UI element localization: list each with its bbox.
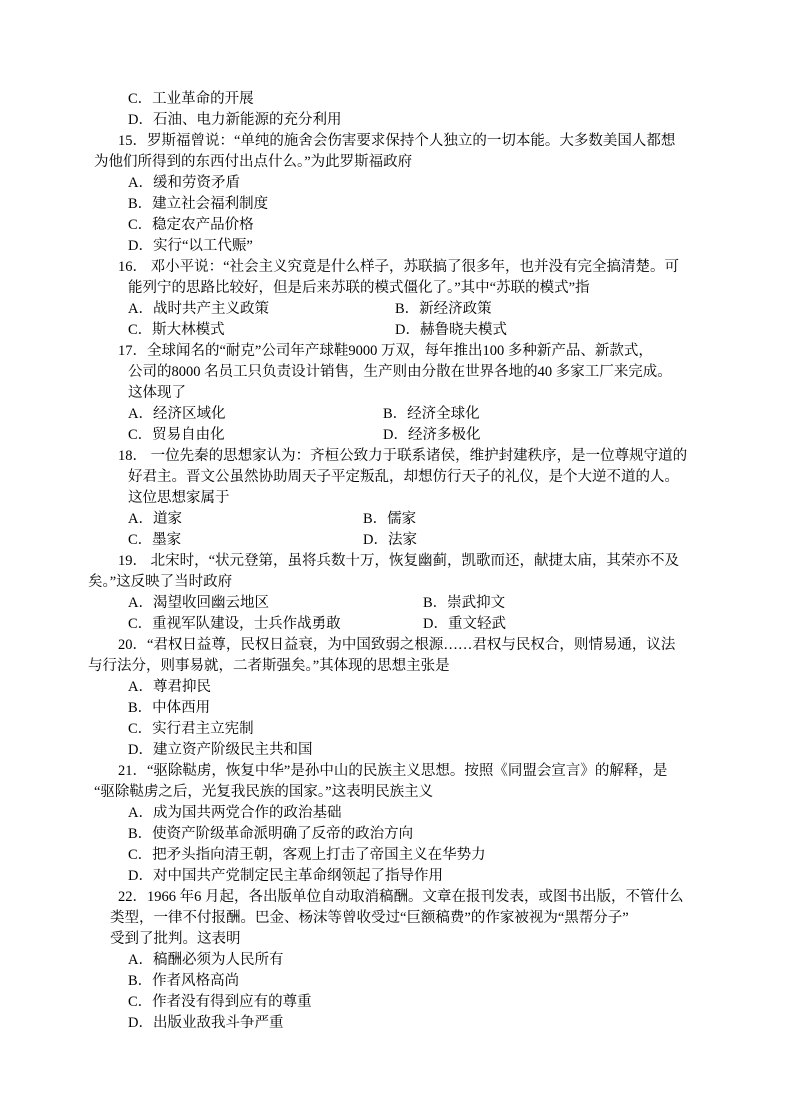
q18-stem-line: 18． 一位先秦的思想家认为：齐桓公致力于联系诸侯，维护封建秩序，是一位尊规守道…: [88, 446, 760, 467]
q22-option-d: D．出版业敌我斗争严重: [88, 1013, 760, 1034]
q21-option-b: B．使资产阶级革命派明确了反帝的政治方向: [88, 824, 760, 845]
q17-option-a: A．经济区域化: [128, 404, 383, 425]
q19-option-row: A．渴望收回幽云地区 B．崇武抑文: [88, 593, 760, 614]
q17-option-row: C．贸易自由化 D．经济多极化: [88, 425, 760, 446]
q14-option-d: D．石油、电力新能源的充分利用: [88, 110, 760, 131]
q18-option-b: B．儒家: [363, 509, 416, 530]
q15-option-c: C．稳定农产品价格: [88, 215, 760, 236]
q17-option-row: A．经济区域化 B．经济全球化: [88, 404, 760, 425]
q19-stem-line: 矣。”这反映了当时政府: [88, 572, 760, 593]
q17-option-c: C．贸易自由化: [128, 425, 383, 446]
q16-option-d: D．赫鲁晓夫模式: [395, 320, 507, 341]
q16-stem-line: 能列宁的思路比较好，但是后来苏联的模式僵化了。”其中“苏联的模式”指: [88, 278, 760, 299]
q16-option-row: A．战时共产主义政策 B．新经济政策: [88, 299, 760, 320]
q16-option-a: A．战时共产主义政策: [128, 299, 395, 320]
q19-option-d: D．重文轻武: [423, 614, 506, 635]
q18-option-row: C．墨家 D．法家: [88, 530, 760, 551]
q22-option-a: A．稿酬必须为人民所有: [88, 950, 760, 971]
q21-stem-line: 21．“驱除鞑虏，恢复中华”是孙中山的民族主义思想。按照《同盟会宣言》的解释，是: [88, 761, 760, 782]
q19-option-a: A．渴望收回幽云地区: [128, 593, 423, 614]
q16-stem-line: 16． 邓小平说：“社会主义究竟是什么样子，苏联搞了很多年，也并没有完全搞清楚。…: [88, 257, 760, 278]
q15-option-d: D．实行“以工代赈”: [88, 236, 760, 257]
q21-stem-line: “驱除鞑虏之后，光复我民族的国家。”这表明民族主义: [88, 782, 760, 803]
q17-stem-line: 公司的8000 名员工只负责设计销售，生产则由分散在世界各地的40 多家工厂来完…: [88, 362, 760, 383]
q20-option-d: D．建立资产阶级民主共和国: [88, 740, 760, 761]
q17-option-b: B．经济全球化: [383, 404, 480, 425]
q22-stem-line: 类型，一律不付报酬。巴金、杨沫等曾收受过“巨额稿费”的作家被视为“黑帮分子”: [88, 908, 760, 929]
q19-option-b: B．崇武抑文: [423, 593, 505, 614]
q20-stem-line: 与行法分，则事易就，二者斯强矣。”其体现的思想主张是: [88, 656, 760, 677]
q21-option-d: D．对中国共产党制定民主革命纲领起了指导作用: [88, 866, 760, 887]
q21-option-c: C．把矛头指向清王朝，客观上打击了帝国主义在华势力: [88, 845, 760, 866]
q18-stem-line: 这位思想家属于: [88, 488, 760, 509]
q21-option-a: A．成为国共两党合作的政治基础: [88, 803, 760, 824]
question-18: 18． 一位先秦的思想家认为：齐桓公致力于联系诸侯，维护封建秩序，是一位尊规守道…: [88, 446, 760, 551]
q14-option-c: C．工业革命的开展: [88, 89, 760, 110]
q15-option-a: A．缓和劳资矛盾: [88, 173, 760, 194]
question-21: 21．“驱除鞑虏，恢复中华”是孙中山的民族主义思想。按照《同盟会宣言》的解释，是…: [88, 761, 760, 887]
q18-option-row: A．道家 B．儒家: [88, 509, 760, 530]
exam-document: C．工业革命的开展 D．石油、电力新能源的充分利用 15．罗斯福曾说：“单纯的施…: [0, 0, 790, 1034]
q22-stem-line: 22．1966 年6 月起，各出版单位自动取消稿酬。文章在报刊发表，或图书出版，…: [88, 887, 760, 908]
q17-stem-line: 这体现了: [88, 383, 760, 404]
q19-option-row: C．重视军队建设，士兵作战勇敢 D．重文轻武: [88, 614, 760, 635]
q20-stem-line: 20．“君权日益尊，民权日益衰，为中国致弱之根源……君权与民权合，则情易通，议法: [88, 635, 760, 656]
question-19: 19． 北宋时，“状元登第，虽将兵数十万，恢复幽蓟，凯歌而还，献捷太庙，其荣亦不…: [88, 551, 760, 635]
q18-option-d: D．法家: [363, 530, 417, 551]
q15-stem-line: 15．罗斯福曾说：“单纯的施舍会伤害要求保持个人独立的一切本能。大多数美国人都想: [88, 131, 760, 152]
q16-option-row: C．斯大林模式 D．赫鲁晓夫模式: [88, 320, 760, 341]
q16-option-b: B．新经济政策: [395, 299, 492, 320]
question-20: 20．“君权日益尊，民权日益衰，为中国致弱之根源……君权与民权合，则情易通，议法…: [88, 635, 760, 761]
q20-option-c: C．实行君主立宪制: [88, 719, 760, 740]
question-22: 22．1966 年6 月起，各出版单位自动取消稿酬。文章在报刊发表，或图书出版，…: [88, 887, 760, 1034]
q19-option-c: C．重视军队建设，士兵作战勇敢: [128, 614, 423, 635]
question-15: 15．罗斯福曾说：“单纯的施舍会伤害要求保持个人独立的一切本能。大多数美国人都想…: [88, 131, 760, 257]
q22-stem-line: 受到了批判。这表明: [88, 929, 760, 950]
q15-stem-line: 为他们所得到的东西付出点什么。”为此罗斯福政府: [88, 152, 760, 173]
q16-option-c: C．斯大林模式: [128, 320, 395, 341]
q17-option-d: D．经济多极化: [383, 425, 480, 446]
question-16: 16． 邓小平说：“社会主义究竟是什么样子，苏联搞了很多年，也并没有完全搞清楚。…: [88, 257, 760, 341]
question-17: 17．全球闻名的“耐克”公司年产球鞋9000 万双，每年推出100 多种新产品、…: [88, 341, 760, 446]
q18-option-c: C．墨家: [128, 530, 363, 551]
q22-option-b: B．作者风格高尚: [88, 971, 760, 992]
q17-stem-line: 17．全球闻名的“耐克”公司年产球鞋9000 万双，每年推出100 多种新产品、…: [88, 341, 760, 362]
q22-option-c: C．作者没有得到应有的尊重: [88, 992, 760, 1013]
q20-option-b: B．中体西用: [88, 698, 760, 719]
q18-stem-line: 好君主。晋文公虽然协助周天子平定叛乱，却想仿行天子的礼仪，是个大逆不道的人。: [88, 467, 760, 488]
q20-option-a: A．尊君抑民: [88, 677, 760, 698]
q18-option-a: A．道家: [128, 509, 363, 530]
q19-stem-line: 19． 北宋时，“状元登第，虽将兵数十万，恢复幽蓟，凯歌而还，献捷太庙，其荣亦不…: [88, 551, 760, 572]
q15-option-b: B．建立社会福利制度: [88, 194, 760, 215]
